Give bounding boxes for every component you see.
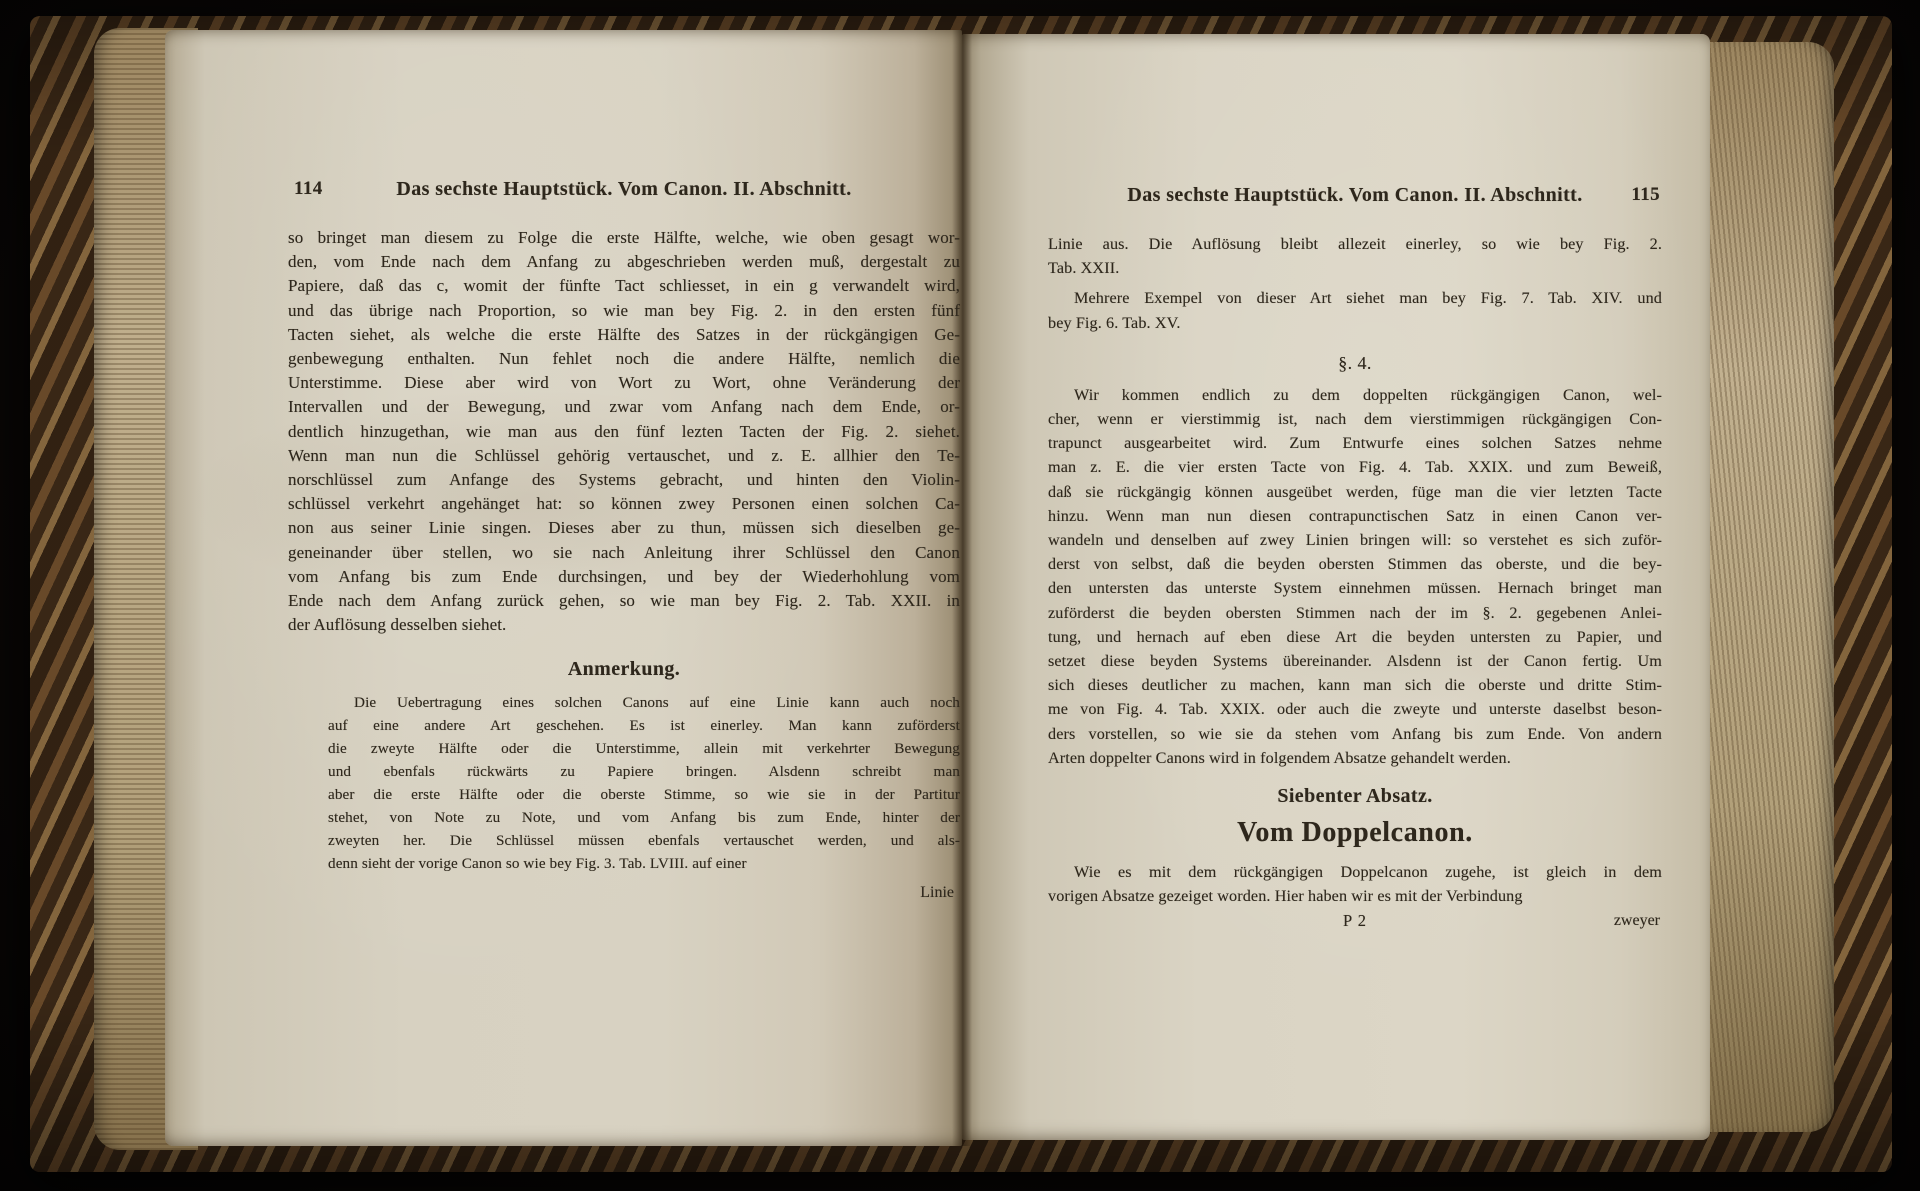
text-line: Intervallen und der Bewegung, und zwar v… [288, 395, 960, 419]
right-paragraph-1: Linie aus. Die Auflösung bleibt allezeit… [1048, 232, 1662, 280]
text-line: stehet, von Note zu Note, und vom Anfang… [328, 806, 960, 829]
text-line: vorigen Absatze gezeiget worden. Hier ha… [1048, 884, 1662, 908]
text-line: Papiere, daß das c, womit der fünfte Tac… [288, 274, 960, 298]
subsection-heading-siebenter-absatz: Siebenter Absatz. [1048, 784, 1662, 808]
text-line: cher, wenn er vierstimmig ist, nach dem … [1048, 407, 1662, 431]
catchword-right: zweyer [1614, 910, 1660, 932]
text-line: hinzu. Wenn man nun diesen contrapunctis… [1048, 504, 1662, 528]
text-line: man z. E. die vier ersten Tacte von Fig.… [1048, 455, 1662, 479]
text-line: Wenn man nun die Schlüssel gehörig verta… [288, 444, 960, 468]
section-heading-anmerkung: Anmerkung. [288, 657, 960, 681]
left-page-content: 114 Das sechste Hauptstück. Vom Canon. I… [288, 176, 960, 903]
running-header-left-title: Das sechste Hauptstück. Vom Canon. II. A… [396, 178, 851, 200]
left-body-paragraph: so bringet man diesem zu Folge die erste… [288, 226, 960, 637]
text-line: Linie aus. Die Auflösung bleibt allezeit… [1048, 232, 1662, 256]
anmerkung-paragraph: Die Uebertragung eines solchen Canons au… [288, 691, 960, 875]
signature-mark: P 2 [1048, 910, 1662, 932]
right-paragraph-3: Wir kommen endlich zu dem doppelten rück… [1048, 383, 1662, 770]
text-line: daß sie rückgängig können ausgeübet werd… [1048, 480, 1662, 504]
chapter-heading-vom-doppelcanon: Vom Doppelcanon. [1048, 816, 1662, 850]
running-header-left: 114 Das sechste Hauptstück. Vom Canon. I… [288, 176, 960, 202]
right-page-content: Das sechste Hauptstück. Vom Canon. II. A… [1048, 182, 1662, 932]
text-line: und ebenfals rückwärts zu Papiere bringe… [328, 760, 960, 783]
text-line: wandeln und denselben auf zwey Linien br… [1048, 528, 1662, 552]
text-line: Ende nach dem Anfang zurück gehen, so wi… [288, 589, 960, 613]
text-line: Tacten siehet, als welche die erste Hälf… [288, 323, 960, 347]
text-line: bey Fig. 6. Tab. XV. [1048, 311, 1662, 335]
running-header-right: Das sechste Hauptstück. Vom Canon. II. A… [1048, 182, 1662, 208]
section-heading-paragraph-4: §. 4. [1048, 351, 1662, 375]
text-line: den untersten das unterste System einneh… [1048, 576, 1662, 600]
text-line: zuförderst die beyden obersten Stimmen n… [1048, 601, 1662, 625]
text-line: den, vom Ende nach dem Anfang zu abgesch… [288, 250, 960, 274]
book: 114 Das sechste Hauptstück. Vom Canon. I… [30, 16, 1892, 1172]
text-line: denn sieht der vorige Canon so wie bey F… [328, 852, 960, 875]
text-line: aber die erste Hälfte oder die oberste S… [328, 783, 960, 806]
text-line: ders vorstellen, so wie sie da stehen vo… [1048, 722, 1662, 746]
text-line: Tab. XXII. [1048, 256, 1662, 280]
text-line: setzet diese beyden Systems übereinander… [1048, 649, 1662, 673]
text-line: schlüssel verkehrt angehänget hat: so kö… [288, 492, 960, 516]
text-line: der Auflösung desselben siehet. [288, 613, 960, 637]
text-line: Mehrere Exempel von dieser Art siehet ma… [1048, 286, 1662, 310]
text-line: derst von selbst, daß die beyden oberste… [1048, 552, 1662, 576]
text-line: norschlüssel zum Anfange des Systems geb… [288, 468, 960, 492]
text-line: auf eine andere Art geschehen. Es ist ei… [328, 714, 960, 737]
text-line: me von Fig. 4. Tab. XXIX. oder auch die … [1048, 697, 1662, 721]
text-line: non aus seiner Linie singen. Dieses aber… [288, 516, 960, 540]
running-header-right-title: Das sechste Hauptstück. Vom Canon. II. A… [1127, 184, 1582, 206]
right-paragraph-4: Wie es mit dem rückgängigen Doppelcanon … [1048, 860, 1662, 908]
text-line: die zweyte Hälfte oder die Unterstimme, … [328, 737, 960, 760]
text-line: Die Uebertragung eines solchen Canons au… [328, 691, 960, 714]
bottom-row-right: P 2 zweyer [1048, 910, 1662, 932]
text-line: tung, und hernach auf eben diese Art die… [1048, 625, 1662, 649]
text-line: geneinander über stellen, wo sie nach An… [288, 541, 960, 565]
text-line: Arten doppelter Canons wird in folgendem… [1048, 746, 1662, 770]
catchword-row-left: Linie [288, 883, 960, 903]
page-number-right: 115 [1631, 182, 1660, 208]
page-number-left: 114 [294, 176, 323, 202]
photo-background: 114 Das sechste Hauptstück. Vom Canon. I… [0, 0, 1920, 1191]
text-line: Wir kommen endlich zu dem doppelten rück… [1048, 383, 1662, 407]
text-line: trapunct ausgearbeitet wird. Zum Entwurf… [1048, 431, 1662, 455]
text-line: Wie es mit dem rückgängigen Doppelcanon … [1048, 860, 1662, 884]
text-line: sich dieses deutlicher zu machen, kann m… [1048, 673, 1662, 697]
text-line: genbewegung enthalten. Nun fehlet noch d… [288, 347, 960, 371]
text-line: zweyten her. Die Schlüssel müssen ebenfa… [328, 829, 960, 852]
text-line: und das übrige nach Proportion, so wie m… [288, 299, 960, 323]
page-edges-right [1702, 42, 1834, 1132]
text-line: so bringet man diesem zu Folge die erste… [288, 226, 960, 250]
catchword-left: Linie [920, 884, 954, 901]
text-line: vom Anfang bis zum Ende durchsingen, und… [288, 565, 960, 589]
text-line: Unterstimme. Diese aber wird von Wort zu… [288, 371, 960, 395]
right-paragraph-2: Mehrere Exempel von dieser Art siehet ma… [1048, 286, 1662, 334]
text-line: dentlich hinzugethan, wie man aus den fü… [288, 420, 960, 444]
